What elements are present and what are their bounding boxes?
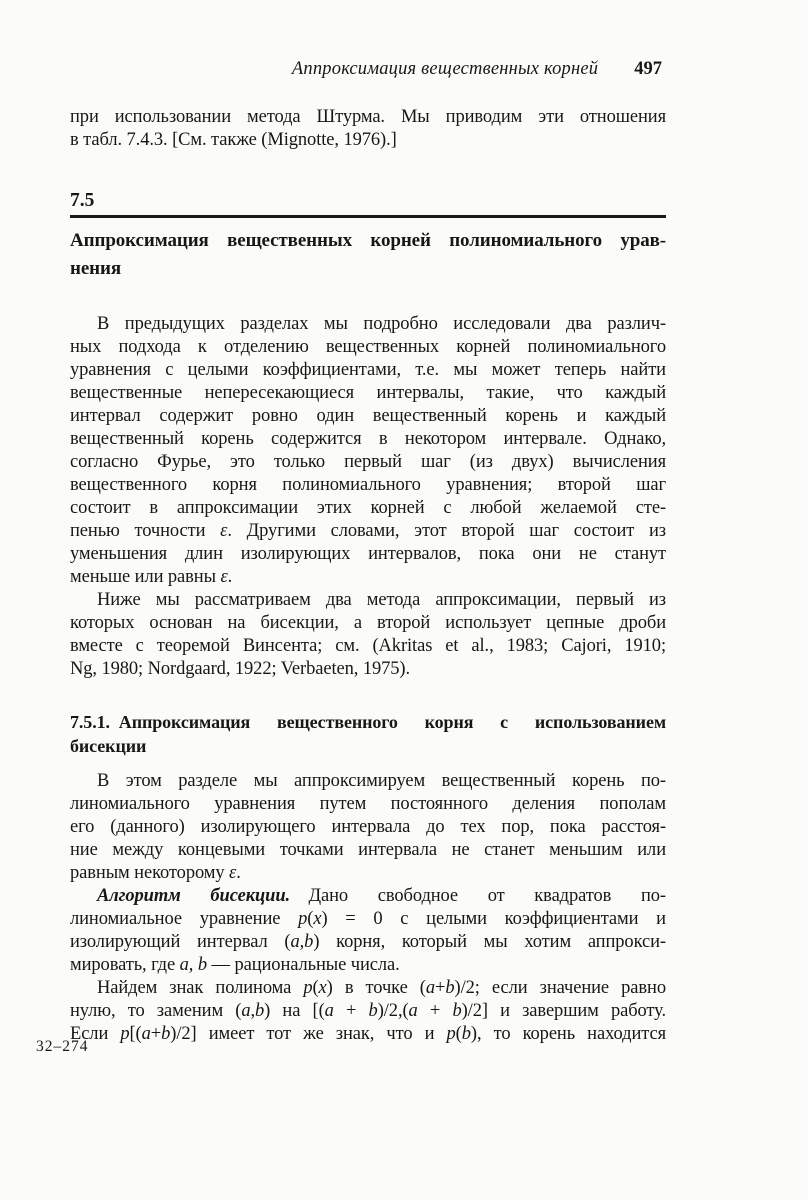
- text-line: равным некоторому ε.: [70, 862, 666, 885]
- continuation-paragraph: при использовании метода Штурма. Мы прив…: [70, 106, 666, 152]
- text-line: нулю, то заменим (a,b) на [(a + b)/2,(a …: [70, 1000, 666, 1023]
- text-line: Если p[(a+b)/2] имеет тот же знак, что и…: [70, 1023, 666, 1046]
- text-line: Ng, 1980; Nordgaard, 1922; Verbaeten, 19…: [70, 658, 666, 681]
- text-column: Аппроксимация вещественных корней 497 пр…: [70, 0, 666, 1046]
- text-line: линомиальное уравнение p(x) = 0 с целыми…: [70, 908, 666, 931]
- text-line: меньше или равны ε.: [70, 566, 666, 589]
- text-line: уравнения с целыми коэффициентами, т.е. …: [70, 359, 666, 382]
- running-header: Аппроксимация вещественных корней 497: [70, 58, 666, 81]
- bisection-intro-paragraph: В этом разделе мы аппроксимируем веществ…: [70, 770, 666, 885]
- section-number: 7.5: [70, 189, 666, 212]
- text-line: В этом разделе мы аппроксимируем веществ…: [70, 770, 666, 793]
- text-line: бисекции: [70, 734, 666, 758]
- running-header-title: Аппроксимация вещественных корней: [292, 58, 598, 81]
- text-line: которых основан на бисекции, а второй ис…: [70, 612, 666, 635]
- text-line: ных подхода к отделению вещественных кор…: [70, 336, 666, 359]
- text-line: линомиального уравнения путем постоянног…: [70, 793, 666, 816]
- text-line: согласно Фурье, это только первый шаг (и…: [70, 451, 666, 474]
- page-body: при использовании метода Штурма. Мы прив…: [70, 106, 666, 1046]
- text-line: Аппроксимация вещественных корней полино…: [70, 227, 666, 255]
- text-line: вещественные непересекающиеся интервалы,…: [70, 382, 666, 405]
- text-line: в табл. 7.4.3. [См. также (Mignotte, 197…: [70, 129, 666, 152]
- text-line: при использовании метода Штурма. Мы прив…: [70, 106, 666, 129]
- text-line: вещественный корень содержится в некотор…: [70, 428, 666, 451]
- text-line: ние между концевыми точками интервала не…: [70, 839, 666, 862]
- section-rule: [70, 215, 666, 218]
- print-signature-mark: 32–274: [36, 1038, 89, 1056]
- text-line: уменьшения длин изолирующих интервалов, …: [70, 543, 666, 566]
- section-title: Аппроксимация вещественных корней полино…: [70, 227, 666, 283]
- text-line: 7.5.1. Аппроксимация вещественного корня…: [70, 710, 666, 734]
- text-line: состоит в аппроксимации этих корней с лю…: [70, 497, 666, 520]
- text-line: вместе с теоремой Винсента; см. (Akritas…: [70, 635, 666, 658]
- page-number: 497: [634, 58, 662, 81]
- text-line: пенью точности ε. Другими словами, этот …: [70, 520, 666, 543]
- text-line: мировать, где a, b — рациональные числа.: [70, 954, 666, 977]
- text-line: нения: [70, 255, 666, 283]
- methods-paragraph: Ниже мы рассматриваем два метода аппрокс…: [70, 589, 666, 681]
- find-sign-paragraph: Найдем знак полинома p(x) в точке (a+b)/…: [70, 977, 666, 1046]
- scanned-book-page: { "colors": { "page_background": "#fbfbf…: [0, 0, 808, 1200]
- text-line: Найдем знак полинома p(x) в точке (a+b)/…: [70, 977, 666, 1000]
- algorithm-paragraph: Алгоритм бисекции. Дано свободное от ква…: [70, 885, 666, 977]
- text-line: его (данного) изолирующего интервала до …: [70, 816, 666, 839]
- text-line: изолирующий интервал (a,b) корня, которы…: [70, 931, 666, 954]
- text-line: Алгоритм бисекции. Дано свободное от ква…: [70, 885, 666, 908]
- overview-paragraph: В предыдущих разделах мы подробно исслед…: [70, 313, 666, 589]
- text-line: Ниже мы рассматриваем два метода аппрокс…: [70, 589, 666, 612]
- text-line: В предыдущих разделах мы подробно исслед…: [70, 313, 666, 336]
- text-line: интервал содержит ровно один вещественны…: [70, 405, 666, 428]
- section-7-5: 7.5Аппроксимация вещественных корней пол…: [70, 189, 666, 283]
- text-line: вещественного корня полиномиального урав…: [70, 474, 666, 497]
- subsection-7-5-1: 7.5.1. Аппроксимация вещественного корня…: [70, 710, 666, 758]
